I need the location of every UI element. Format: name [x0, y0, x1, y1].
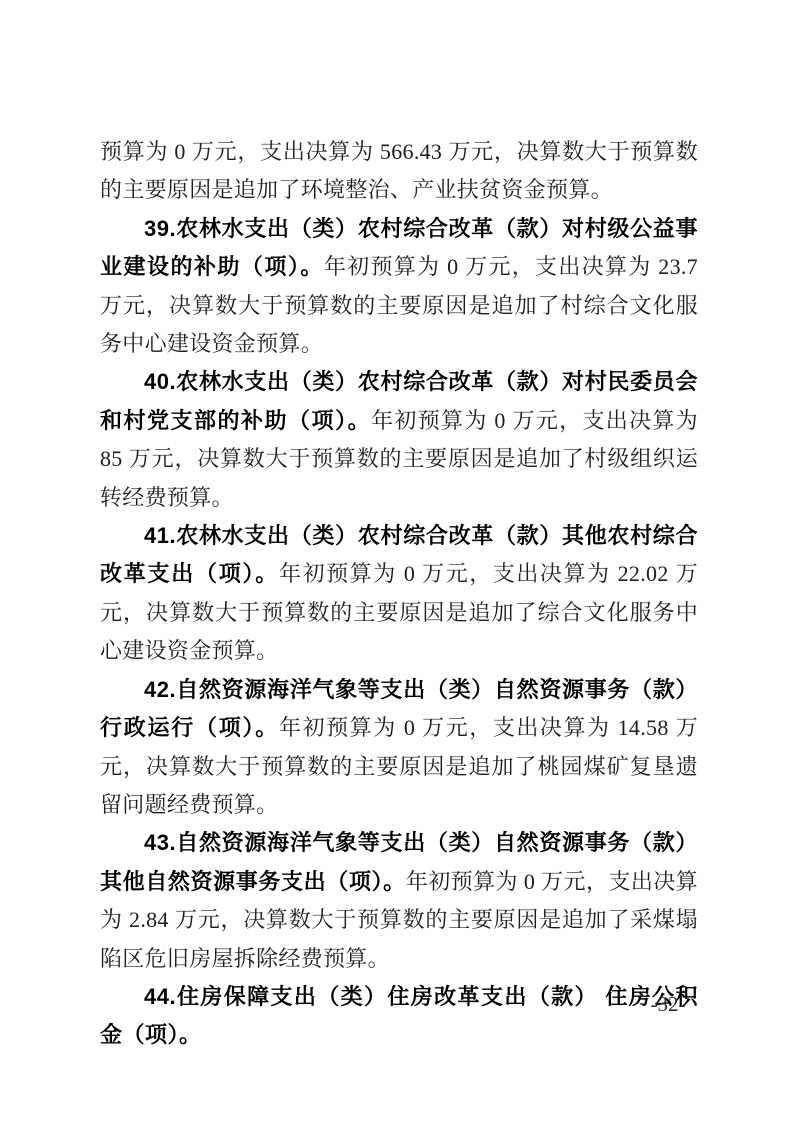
budget-item-43: 43.自然资源海洋气象等支出（类）自然资源事务（款）其他自然资源事务支出（项）。… [100, 824, 698, 978]
budget-item-40: 40.农林水支出（类）农村综合改革（款）对村民委员会和村党支部的补助（项）。年初… [100, 363, 698, 517]
paragraph-body-text: 预算为 0 万元，支出决算为 566.43 万元，决算数大于预算数的主要原因是追… [100, 139, 698, 202]
document-body: 预算为 0 万元，支出决算为 566.43 万元，决算数大于预算数的主要原因是追… [100, 133, 698, 1055]
budget-item-41: 41.农林水支出（类）农村综合改革（款）其他农村综合改革支出（项）。年初预算为 … [100, 517, 698, 671]
budget-item-44: 44.住房保障支出（类）住房改革支出（款） 住房公积金（项）。 [100, 978, 698, 1055]
paragraph-continuation: 预算为 0 万元，支出决算为 566.43 万元，决算数大于预算数的主要原因是追… [100, 133, 698, 210]
budget-item-44-title: 44.住房保障支出（类）住房改革支出（款） 住房公积金（项）。 [100, 984, 698, 1047]
page-number: -32- [628, 992, 708, 1017]
budget-item-39: 39.农林水支出（类）农村综合改革（款）对村级公益事业建设的补助（项）。年初预算… [100, 210, 698, 364]
document-page: 预算为 0 万元，支出决算为 566.43 万元，决算数大于预算数的主要原因是追… [0, 0, 793, 1122]
budget-item-42: 42.自然资源海洋气象等支出（类）自然资源事务（款）行政运行（项）。年初预算为 … [100, 671, 698, 825]
